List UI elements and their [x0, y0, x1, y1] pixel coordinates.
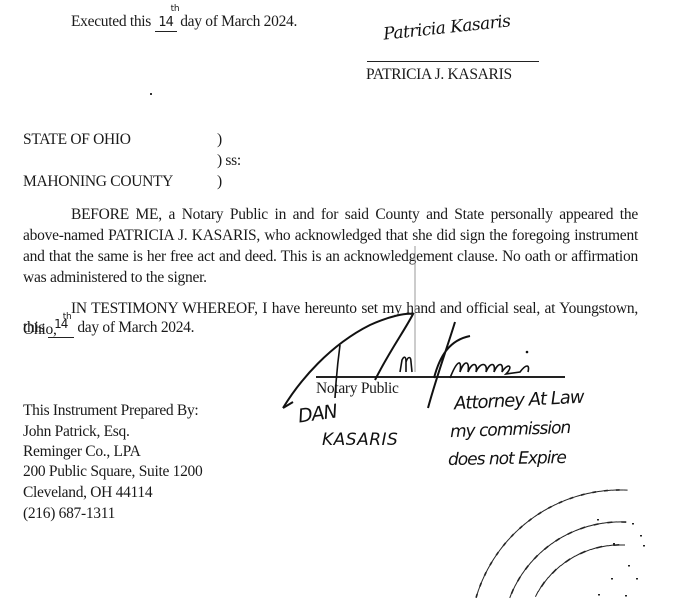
execution-day-handwritten: 14 [158, 15, 173, 30]
acknowledgment-text: BEFORE ME, a Notary Public in and for sa… [23, 206, 638, 286]
execution-prefix: Executed this [71, 13, 151, 30]
notary-title-handwritten: Attorney At Law [454, 387, 584, 415]
notary-signature-line [316, 376, 565, 378]
execution-day-blank: 14th [155, 13, 177, 32]
notary-label: Notary Public [316, 380, 399, 398]
venue-paren-1: ) [217, 131, 222, 149]
execution-suffix: day of March 2024. [180, 13, 297, 30]
testimony-suffix: day of March 2024. [77, 319, 194, 336]
prepared-by-line: John Patrick, Esq. [23, 423, 130, 441]
notary-name-handwritten-2: KASARIS [322, 430, 398, 450]
notary-commission-line-2: does not Expire [448, 448, 566, 470]
venue-paren-2: ) [217, 173, 222, 191]
venue-ss: ) ss: [217, 152, 241, 170]
execution-line: Executed this 14th day of March 2024. [71, 13, 297, 32]
signer-signature-line [367, 61, 539, 62]
prepared-by-line: 200 Public Square, Suite 1200 [23, 463, 202, 481]
testimony-day-blank: 14th [48, 319, 74, 338]
prepared-by-heading: This Instrument Prepared By: [23, 402, 198, 420]
testimony-prefix: this [23, 319, 44, 336]
acknowledgment-paragraph: BEFORE ME, a Notary Public in and for sa… [23, 204, 638, 288]
testimony-day-suffix: th [63, 312, 72, 322]
prepared-by-line: Cleveland, OH 44114 [23, 484, 152, 502]
notary-commission-line-1: my commission [450, 418, 571, 442]
execution-day-suffix: th [171, 4, 180, 14]
notary-name-handwritten-1: DAN [297, 400, 339, 427]
venue-state: STATE OF OHIO [23, 131, 131, 149]
signer-printed-name: PATRICIA J. KASARIS [366, 66, 512, 84]
signer-signature: Patricia Kasaris [382, 11, 511, 44]
prepared-by-line: Reminger Co., LPA [23, 443, 140, 461]
venue-county: MAHONING COUNTY [23, 173, 173, 191]
stray-mark [150, 93, 152, 95]
prepared-by-line: (216) 687-1311 [23, 505, 115, 523]
testimony-date-line: this 14th day of March 2024. [23, 319, 194, 338]
